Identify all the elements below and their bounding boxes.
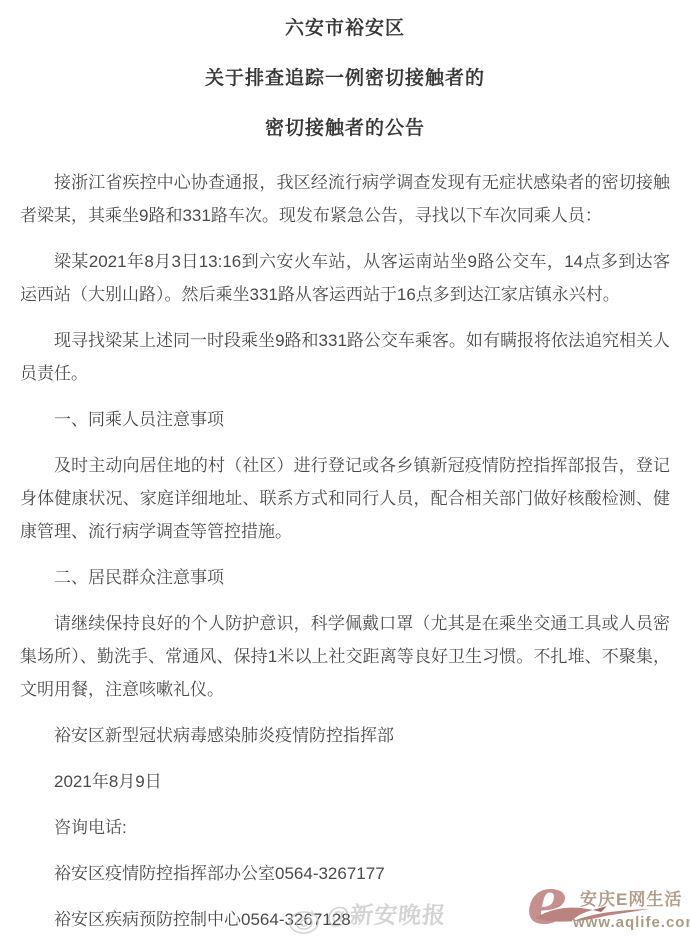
title-line-2: 关于排查追踪一例密切接触者的 <box>20 66 670 92</box>
section-1-body: 及时主动向居住地的村（社区）进行登记或各乡镇新冠疫情防控指挥部报告，登记身体健康… <box>20 449 670 548</box>
title-line-1: 六安市裕安区 <box>20 16 670 42</box>
route-paragraph: 梁某2021年8月3日13:16到六安火车站，从客运南站坐9路公交车，14点多到… <box>20 245 670 311</box>
hotline-office-number: 裕安区疫情防控指挥部办公室0564-3267177 <box>20 857 670 890</box>
search-notice-paragraph: 现寻找梁某上述同一时段乘坐9路和331路公交车乘客。如有瞒报将依法追究相关人员责… <box>20 324 670 390</box>
announcement-document: 六安市裕安区 关于排查追踪一例密切接触者的 密切接触者的公告 接浙江省疾控中心协… <box>0 0 690 936</box>
hotline-label: 咨询电话: <box>20 811 670 844</box>
title-line-3: 密切接触者的公告 <box>20 116 670 142</box>
document-body: 接浙江省疾控中心协查通报，我区经流行病学调查发现有无症状感染者的密切接触者梁某，… <box>20 166 670 936</box>
date-line: 2021年8月9日 <box>20 765 670 798</box>
hotline-cdc-number: 裕安区疾病预防控制中心0564-3267128 <box>20 903 670 936</box>
document-title: 六安市裕安区 关于排查追踪一例密切接触者的 密切接触者的公告 <box>20 16 670 142</box>
section-2-heading: 二、居民群众注意事项 <box>20 561 670 594</box>
section-2-body: 请继续保持良好的个人防护意识，科学佩戴口罩（尤其是在乘坐交通工具或人员密集场所）… <box>20 607 670 706</box>
signature-line: 裕安区新型冠状病毒感染肺炎疫情防控指挥部 <box>20 719 670 752</box>
intro-paragraph: 接浙江省疾控中心协查通报，我区经流行病学调查发现有无症状感染者的密切接触者梁某，… <box>20 166 670 232</box>
section-1-heading: 一、同乘人员注意事项 <box>20 403 670 436</box>
